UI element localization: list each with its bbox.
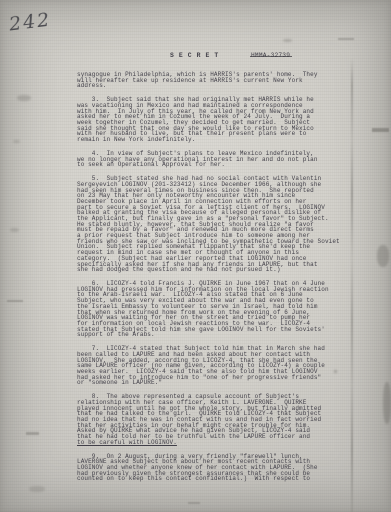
smudge-mark: [188, 502, 200, 504]
paragraph: 3. Subject said that she had originally …: [77, 97, 333, 143]
smudge-mark: [377, 245, 389, 267]
paragraph: synagogue in Philadelphia, which is HARR…: [77, 72, 333, 89]
text-line: or "someone in LAPURE.": [77, 380, 333, 386]
smudge-mark: [383, 382, 391, 424]
handwritten-page-number: 242: [8, 9, 53, 36]
classification-stamp: S E C R E T: [170, 52, 219, 59]
smudge-mark: [13, 140, 20, 143]
document-number: HMMA-32739: [251, 52, 290, 59]
paragraph: 9. On 2 August, during a very friendly "…: [77, 454, 333, 482]
smudge-mark: [372, 128, 389, 132]
text-line: to be careful with LOGINOV.: [77, 440, 333, 446]
smudge-mark: [10, 228, 19, 232]
text-line: remain in New York indefinitely.: [77, 137, 333, 143]
text-line: address.: [77, 83, 333, 89]
text-line: counted on to keep this contact confiden…: [77, 476, 333, 482]
paragraph: 5. Subject stated she had had no social …: [77, 176, 333, 273]
smudge-mark: [7, 300, 23, 302]
document-body: synagogue in Philadelphia, which is HARR…: [77, 72, 333, 482]
text-line: support of the Arabs.: [77, 332, 333, 338]
smudge-mark: [26, 432, 39, 435]
paragraph: 6. LICOZY-4 told Francis J. QUIRKE in Ju…: [77, 281, 333, 338]
smudge-mark: [338, 38, 354, 40]
paragraph: 7. LICOZY-4 stated that Subject told him…: [77, 346, 333, 386]
smudge-mark: [334, 370, 337, 373]
paragraph: 4. In view of Subject's plans to leave M…: [77, 151, 333, 168]
text-line: will hereafter take up residence at HARR…: [77, 78, 333, 84]
fold-line: [351, 58, 353, 512]
text-line: to seek an Operational Approval for her.: [77, 162, 333, 168]
scanned-document-page: 242 S E C R E T HMMA-32739 synagogue in …: [0, 0, 391, 512]
text-line: she had dodged the question and he had n…: [77, 267, 333, 273]
paragraph: 8. The above represented a capsule accou…: [77, 394, 333, 445]
smudge-mark: [17, 95, 31, 101]
smudge-mark: [283, 39, 292, 42]
smudge-mark: [29, 486, 45, 492]
